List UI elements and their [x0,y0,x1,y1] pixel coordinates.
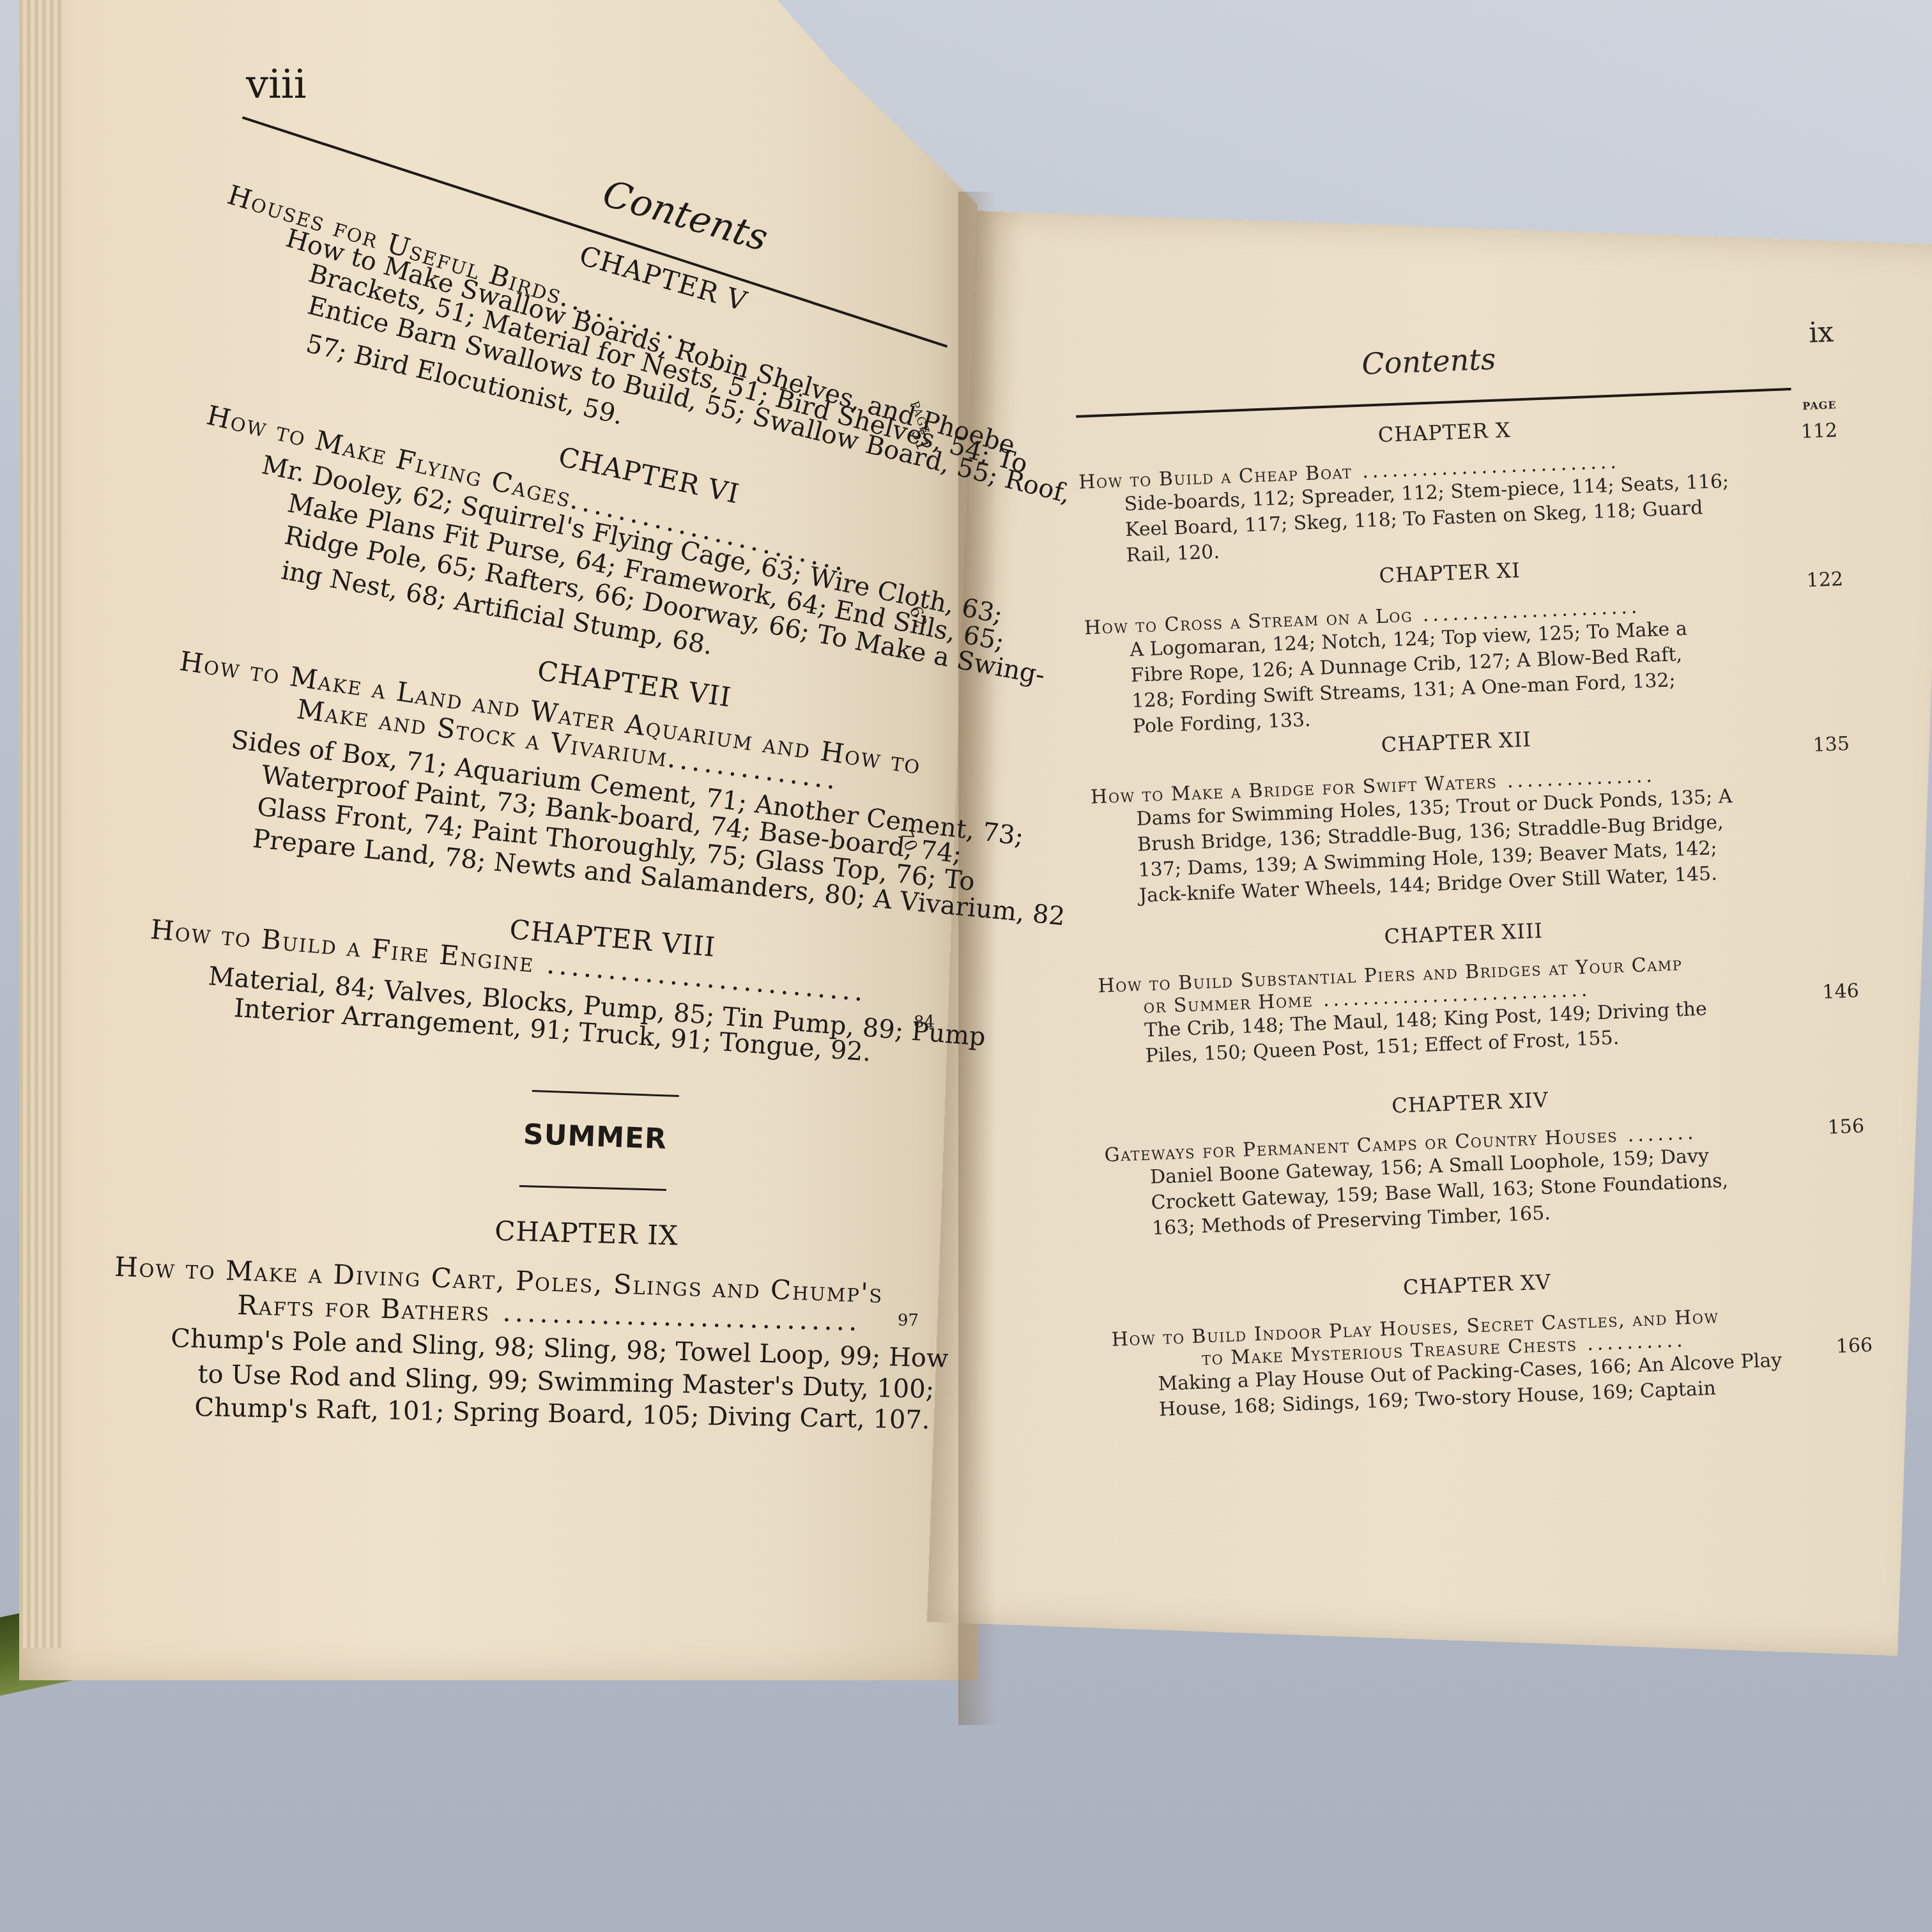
ch12-entry: CHAPTER XII 135 How to Make a Bridge for… [1089,716,1829,910]
book-photo-scene: viii Contents Houses for Useful Birds...… [0,0,1932,1932]
ch14-page: 156 [1827,1115,1865,1138]
ch11-entry: CHAPTER XI 122 How to Cross a Stream on … [1082,547,1823,742]
page-edges [19,0,64,1648]
right-header-title: Contents [1361,342,1496,381]
ch12-page: 135 [1813,733,1850,756]
ch10-page: 112 [1800,419,1838,443]
ch13-entry: CHAPTER XIII How to Build Substantial Pi… [1096,907,1836,1071]
ch15-entry: CHAPTER XV How to Build Indoor Play Hous… [1110,1259,1849,1425]
right-page-column-label: PAGE [1802,399,1837,412]
right-page-number: ix [1808,316,1834,349]
ch15-page: 166 [1836,1334,1873,1358]
ch11-page: 122 [1806,568,1844,592]
section-heading-summer: SUMMER [523,1118,668,1156]
ch10-entry: CHAPTER X PAGE 112 How to Build a Cheap … [1077,406,1816,571]
left-page-number: viii [246,61,307,107]
ch9-heading: CHAPTER IX [494,1215,679,1252]
ch13-page: 146 [1822,980,1860,1004]
ch14-entry: CHAPTER XIV 156 Gateways for Permanent C… [1103,1077,1842,1243]
ch9-page: 97 [898,1311,919,1330]
